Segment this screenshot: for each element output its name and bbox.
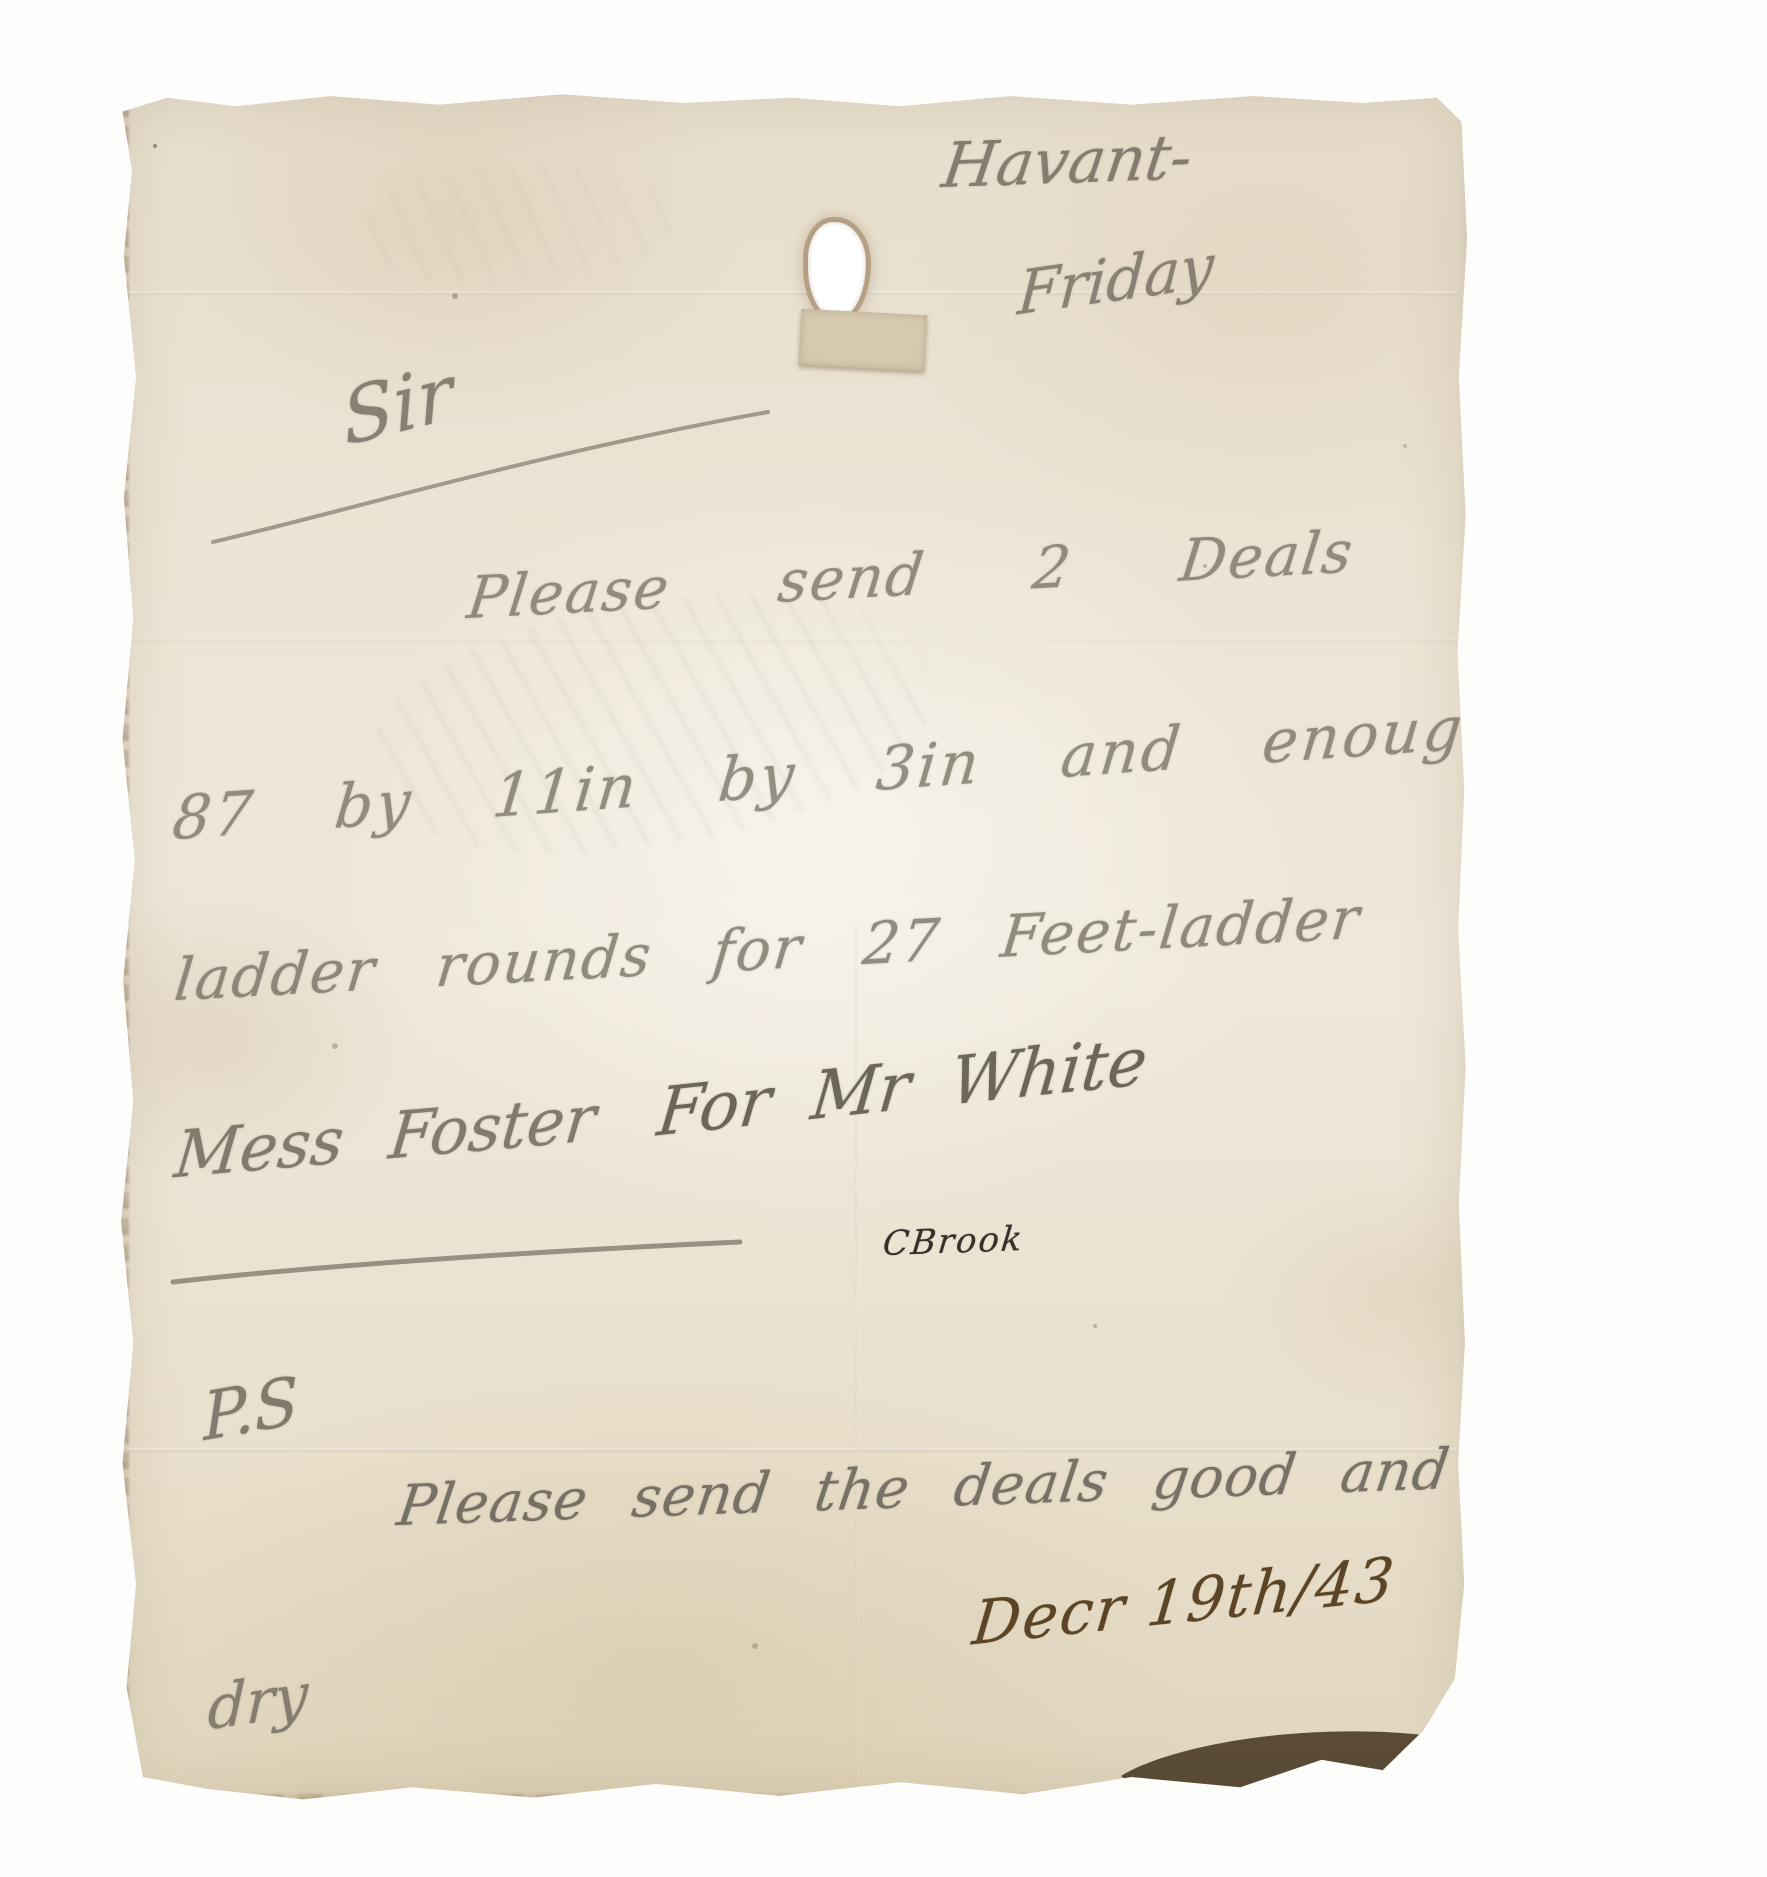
letter-paper: Havant- Friday Sir Please send 2 Deals 8… [113,84,1471,1808]
salutation-flourish-stroke [213,412,768,542]
scan-background: Havant- Friday Sir Please send 2 Deals 8… [0,0,1767,1877]
ink-smear-stain [1121,1731,1457,1798]
addressee-underline-stroke [173,1242,740,1282]
stroke-overlay [113,84,1471,1808]
